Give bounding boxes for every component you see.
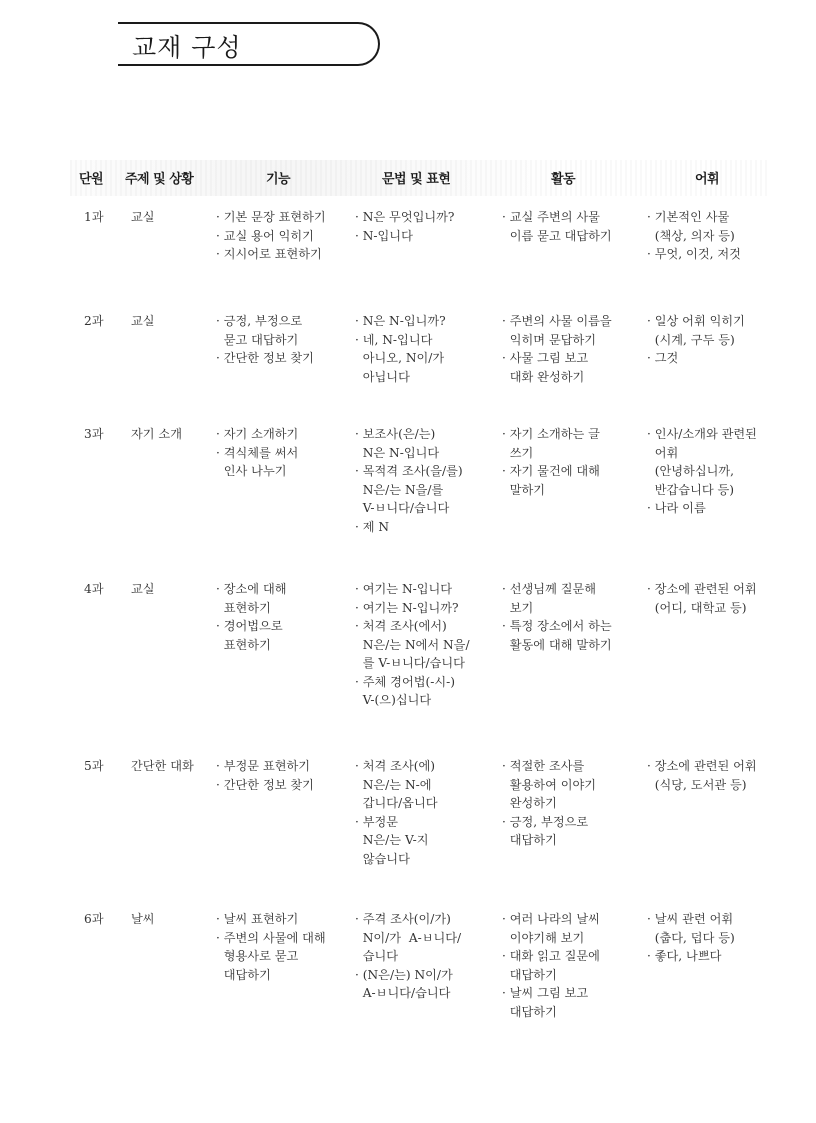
cell-grammar: · N은 무엇입니까?· N-입니다 xyxy=(355,208,454,245)
cell-topic: 날씨 xyxy=(131,910,155,929)
cell-unit: 2과 xyxy=(84,312,104,331)
cell-line: · 기본 문장 표현하기 xyxy=(216,208,326,227)
cell-unit: 4과 xyxy=(84,580,104,599)
cell-line: 활용하여 이야기 xyxy=(502,776,596,795)
cell-line: · 경어법으로 xyxy=(216,617,287,636)
cell-line: · 나라 이름 xyxy=(647,499,757,518)
cell-line: · 특정 장소에서 하는 xyxy=(502,617,612,636)
cell-line: 대답하기 xyxy=(502,831,596,850)
cell-function: · 긍정, 부정으로 묻고 대답하기· 간단한 정보 찾기 xyxy=(216,312,314,368)
cell-line: N이/가 A-ㅂ니다/ xyxy=(355,929,461,948)
page-title: 교재 구성 xyxy=(132,28,242,64)
cell-line: · 자기 물건에 대해 xyxy=(502,462,600,481)
cell-line: · 주체 경어법(-시-) xyxy=(355,673,470,692)
title-banner: 교재 구성 xyxy=(118,22,380,66)
cell-line: · 주변의 사물 이름을 xyxy=(502,312,612,331)
cell-line: · 사물 그림 보고 xyxy=(502,349,612,368)
cell-line: · 장소에 관련된 어휘 xyxy=(647,757,757,776)
cell-line: (책상, 의자 등) xyxy=(647,227,741,246)
cell-line: · 적절한 조사를 xyxy=(502,757,596,776)
header-topic: 주제 및 상황 xyxy=(125,168,193,187)
cell-line: 대화 완성하기 xyxy=(502,368,612,387)
cell-line: 형용사로 묻고 xyxy=(216,947,326,966)
cell-line: 대답하기 xyxy=(502,966,600,985)
cell-line: 대답하기 xyxy=(216,966,326,985)
cell-line: · 장소에 대해 xyxy=(216,580,287,599)
cell-vocabulary: · 날씨 관련 어휘 (춥다, 덥다 등)· 좋다, 나쁘다 xyxy=(647,910,735,966)
cell-line: · 무엇, 이것, 저것 xyxy=(647,245,741,264)
cell-line: · 대화 읽고 질문에 xyxy=(502,947,600,966)
cell-line: (안녕하십니까, xyxy=(647,462,757,481)
cell-line: · 간단한 정보 찾기 xyxy=(216,776,314,795)
cell-grammar: · 보조사(은/는) N은 N-입니다· 목적격 조사(을/를) N은/는 N을… xyxy=(355,425,463,536)
cell-vocabulary: · 인사/소개와 관련된 어휘 (안녕하십니까, 반갑습니다 등)· 나라 이름 xyxy=(647,425,757,518)
cell-function: · 부정문 표현하기· 간단한 정보 찾기 xyxy=(216,757,314,794)
cell-line: 완성하기 xyxy=(502,794,596,813)
cell-unit: 1과 xyxy=(84,208,104,227)
cell-vocabulary: · 장소에 관련된 어휘 (어디, 대학교 등) xyxy=(647,580,757,617)
cell-line: · 선생님께 질문해 xyxy=(502,580,612,599)
cell-line: 어휘 xyxy=(647,444,757,463)
header-function: 기능 xyxy=(266,168,290,187)
cell-function: · 자기 소개하기· 격식체를 써서 인사 나누기 xyxy=(216,425,298,481)
cell-vocabulary: · 장소에 관련된 어휘 (식당, 도서관 등) xyxy=(647,757,757,794)
cell-line: 이야기해 보기 xyxy=(502,929,600,948)
cell-line: · 인사/소개와 관련된 xyxy=(647,425,757,444)
cell-line: · 여기는 N-입니다 xyxy=(355,580,470,599)
cell-activity: · 적절한 조사를 활용하여 이야기 완성하기· 긍정, 부정으로 대답하기 xyxy=(502,757,596,850)
cell-grammar: · 처격 조사(에) N은/는 N-에 갑니다/옵니다· 부정문 N은/는 V-… xyxy=(355,757,438,868)
header-grammar: 문법 및 표현 xyxy=(382,168,450,187)
cell-line: N은/는 N-에 xyxy=(355,776,438,795)
cell-function: · 날씨 표현하기· 주변의 사물에 대해 형용사로 묻고 대답하기 xyxy=(216,910,326,984)
cell-line: · 교실 주변의 사물 xyxy=(502,208,612,227)
cell-line: · 장소에 관련된 어휘 xyxy=(647,580,757,599)
cell-line: · 일상 어휘 익히기 xyxy=(647,312,745,331)
cell-line: · 여러 나라의 날씨 xyxy=(502,910,600,929)
cell-activity: · 자기 소개하는 글 쓰기· 자기 물건에 대해 말하기 xyxy=(502,425,600,499)
cell-line: 쓰기 xyxy=(502,444,600,463)
cell-line: (춥다, 덥다 등) xyxy=(647,929,735,948)
cell-line: · 교실 용어 익히기 xyxy=(216,227,326,246)
cell-topic: 간단한 대화 xyxy=(131,757,194,776)
cell-unit: 6과 xyxy=(84,910,104,929)
cell-line: · 주변의 사물에 대해 xyxy=(216,929,326,948)
cell-line: N은/는 N을/를 xyxy=(355,481,463,500)
cell-line: V-ㅂ니다/습니다 xyxy=(355,499,463,518)
cell-line: · 네, N-입니다 xyxy=(355,331,446,350)
cell-line: N은/는 N에서 N을/ xyxy=(355,636,470,655)
cell-line: · 제 N xyxy=(355,518,463,537)
cell-line: 대답하기 xyxy=(502,1003,600,1022)
cell-line: 활동에 대해 말하기 xyxy=(502,636,612,655)
cell-line: · 간단한 정보 찾기 xyxy=(216,349,314,368)
cell-topic: 자기 소개 xyxy=(131,425,182,444)
cell-line: · N은 무엇입니까? xyxy=(355,208,454,227)
cell-line: N은 N-입니다 xyxy=(355,444,463,463)
cell-line: · 여기는 N-입니까? xyxy=(355,599,470,618)
cell-line: (어디, 대학교 등) xyxy=(647,599,757,618)
cell-vocabulary: · 일상 어휘 익히기 (시계, 구두 등)· 그것 xyxy=(647,312,745,368)
cell-line: · 자기 소개하기 xyxy=(216,425,298,444)
cell-line: · 지시어로 표현하기 xyxy=(216,245,326,264)
cell-activity: · 교실 주변의 사물 이름 묻고 대답하기 xyxy=(502,208,612,245)
cell-line: · 기본적인 사물 xyxy=(647,208,741,227)
cell-function: · 기본 문장 표현하기· 교실 용어 익히기· 지시어로 표현하기 xyxy=(216,208,326,264)
cell-line: 인사 나누기 xyxy=(216,462,298,481)
cell-line: · 격식체를 써서 xyxy=(216,444,298,463)
cell-line: · 목적격 조사(을/를) xyxy=(355,462,463,481)
cell-function: · 장소에 대해 표현하기· 경어법으로 표현하기 xyxy=(216,580,287,654)
cell-line: · 그것 xyxy=(647,349,745,368)
cell-line: 이름 묻고 대답하기 xyxy=(502,227,612,246)
header-vocabulary: 어휘 xyxy=(695,168,719,187)
cell-line: 습니다 xyxy=(355,947,461,966)
cell-line: · 긍정, 부정으로 xyxy=(216,312,314,331)
cell-line: · N은 N-입니까? xyxy=(355,312,446,331)
cell-line: · 날씨 그림 보고 xyxy=(502,984,600,1003)
cell-line: 익히며 문답하기 xyxy=(502,331,612,350)
cell-line: · 보조사(은/는) xyxy=(355,425,463,444)
cell-line: · 좋다, 나쁘다 xyxy=(647,947,735,966)
cell-line: · 자기 소개하는 글 xyxy=(502,425,600,444)
cell-line: (식당, 도서관 등) xyxy=(647,776,757,795)
cell-topic: 교실 xyxy=(131,580,155,599)
cell-line: 갑니다/옵니다 xyxy=(355,794,438,813)
cell-line: · 부정문 xyxy=(355,813,438,832)
cell-line: · (N은/는) N이/가 xyxy=(355,966,461,985)
cell-activity: · 여러 나라의 날씨 이야기해 보기· 대화 읽고 질문에 대답하기· 날씨 … xyxy=(502,910,600,1021)
header-activity: 활동 xyxy=(551,168,575,187)
cell-line: A-ㅂ니다/습니다 xyxy=(355,984,461,1003)
cell-line: N은/는 V-지 xyxy=(355,831,438,850)
cell-vocabulary: · 기본적인 사물 (책상, 의자 등)· 무엇, 이것, 저것 xyxy=(647,208,741,264)
cell-unit: 5과 xyxy=(84,757,104,776)
cell-line: 묻고 대답하기 xyxy=(216,331,314,350)
cell-line: · N-입니다 xyxy=(355,227,454,246)
cell-line: 보기 xyxy=(502,599,612,618)
cell-unit: 3과 xyxy=(84,425,104,444)
cell-line: 않습니다 xyxy=(355,850,438,869)
cell-line: · 긍정, 부정으로 xyxy=(502,813,596,832)
cell-line: (시계, 구두 등) xyxy=(647,331,745,350)
cell-line: · 날씨 관련 어휘 xyxy=(647,910,735,929)
cell-line: · 날씨 표현하기 xyxy=(216,910,326,929)
cell-line: 반갑습니다 등) xyxy=(647,481,757,500)
cell-line: · 처격 조사(에) xyxy=(355,757,438,776)
cell-line: 를 V-ㅂ니다/습니다 xyxy=(355,654,470,673)
cell-activity: · 선생님께 질문해 보기· 특정 장소에서 하는 활동에 대해 말하기 xyxy=(502,580,612,654)
cell-topic: 교실 xyxy=(131,208,155,227)
cell-line: V-(으)십니다 xyxy=(355,691,470,710)
cell-line: 말하기 xyxy=(502,481,600,500)
cell-line: · 처격 조사(에서) xyxy=(355,617,470,636)
cell-topic: 교실 xyxy=(131,312,155,331)
cell-line: 아니오, N이/가 xyxy=(355,349,446,368)
cell-activity: · 주변의 사물 이름을 익히며 문답하기· 사물 그림 보고 대화 완성하기 xyxy=(502,312,612,386)
header-unit: 단원 xyxy=(79,168,103,187)
cell-line: 표현하기 xyxy=(216,636,287,655)
cell-line: · 부정문 표현하기 xyxy=(216,757,314,776)
cell-grammar: · 주격 조사(이/가) N이/가 A-ㅂ니다/ 습니다· (N은/는) N이/… xyxy=(355,910,461,1003)
cell-line: 표현하기 xyxy=(216,599,287,618)
cell-line: 아닙니다 xyxy=(355,368,446,387)
cell-grammar: · 여기는 N-입니다· 여기는 N-입니까?· 처격 조사(에서) N은/는 … xyxy=(355,580,470,710)
cell-line: · 주격 조사(이/가) xyxy=(355,910,461,929)
cell-grammar: · N은 N-입니까?· 네, N-입니다 아니오, N이/가 아닙니다 xyxy=(355,312,446,386)
